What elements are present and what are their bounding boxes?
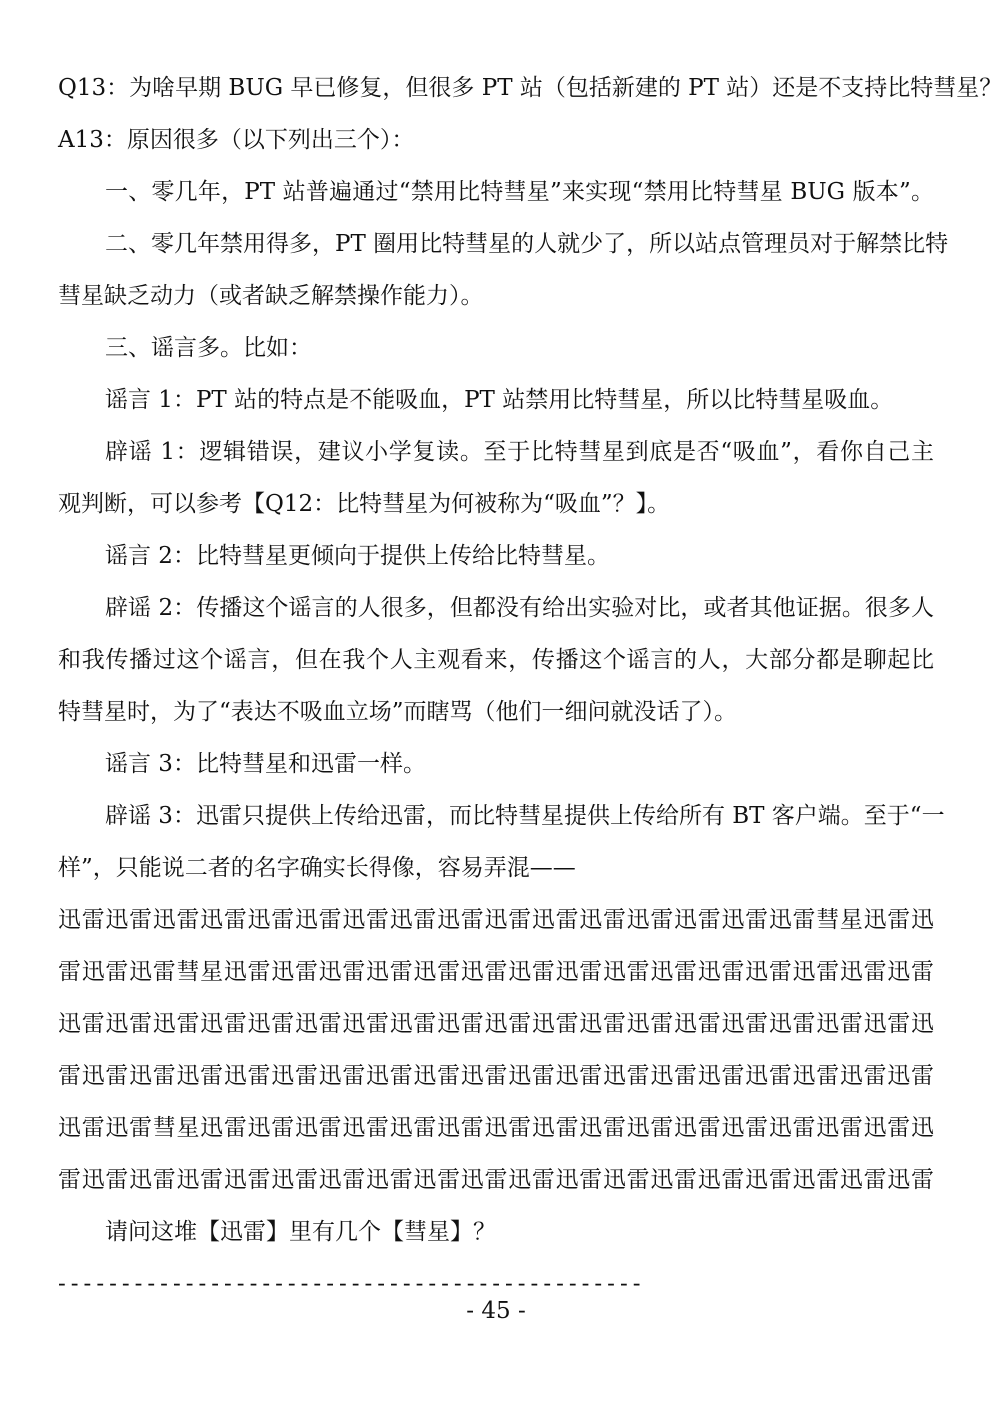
text-line: 三、谣言多。比如： <box>58 322 934 374</box>
text-line: 雷迅雷迅雷彗星迅雷迅雷迅雷迅雷迅雷迅雷迅雷迅雷迅雷迅雷迅雷迅雷迅雷迅雷迅雷 <box>58 946 934 998</box>
text-line: 二、零几年禁用得多，PT 圈用比特彗星的人就少了，所以站点管理员对于解禁比特 <box>58 218 934 270</box>
text-line: 辟谣 1：逻辑错误，建议小学复读。至于比特彗星到底是否“吸血”，看你自己主 <box>58 426 934 478</box>
text-line: 谣言 1：PT 站的特点是不能吸血，PT 站禁用比特彗星，所以比特彗星吸血。 <box>58 374 934 426</box>
text-line: 辟谣 2：传播这个谣言的人很多，但都没有给出实验对比，或者其他证据。很多人 <box>58 582 934 634</box>
document-body: Q13：为啥早期 BUG 早已修复，但很多 PT 站（包括新建的 PT 站）还是… <box>58 62 934 1258</box>
text-line: 彗星缺乏动力（或者缺乏解禁操作能力）。 <box>58 270 934 322</box>
document-page: Q13：为啥早期 BUG 早已修复，但很多 PT 站（包括新建的 PT 站）还是… <box>0 0 992 1403</box>
text-line: 谣言 2：比特彗星更倾向于提供上传给比特彗星。 <box>58 530 934 582</box>
text-line: 迅雷迅雷彗星迅雷迅雷迅雷迅雷迅雷迅雷迅雷迅雷迅雷迅雷迅雷迅雷迅雷迅雷迅雷迅 <box>58 1102 934 1154</box>
text-line: 观判断，可以参考【Q12：比特彗星为何被称为“吸血”？】。 <box>58 478 934 530</box>
text-line: 谣言 3：比特彗星和迅雷一样。 <box>58 738 934 790</box>
text-line: 迅雷迅雷迅雷迅雷迅雷迅雷迅雷迅雷迅雷迅雷迅雷迅雷迅雷迅雷迅雷迅雷迅雷迅雷迅 <box>58 998 934 1050</box>
text-line: 迅雷迅雷迅雷迅雷迅雷迅雷迅雷迅雷迅雷迅雷迅雷迅雷迅雷迅雷迅雷迅雷彗星迅雷迅 <box>58 894 934 946</box>
text-line: 特彗星时，为了“表达不吸血立场”而瞎骂（他们一细问就没话了）。 <box>58 686 934 738</box>
text-line: 辟谣 3：迅雷只提供上传给迅雷，而比特彗星提供上传给所有 BT 客户端。至于“一 <box>58 790 934 842</box>
text-line: 和我传播过这个谣言，但在我个人主观看来，传播这个谣言的人，大部分都是聊起比 <box>58 634 934 686</box>
page-number: - 45 - <box>0 1296 992 1326</box>
text-line: 请问这堆【迅雷】里有几个【彗星】？ <box>58 1206 934 1258</box>
text-line: 样”，只能说二者的名字确实长得像，容易弄混—— <box>58 842 934 894</box>
text-line: 雷迅雷迅雷迅雷迅雷迅雷迅雷迅雷迅雷迅雷迅雷迅雷迅雷迅雷迅雷迅雷迅雷迅雷迅雷 <box>58 1154 934 1206</box>
text-line: 雷迅雷迅雷迅雷迅雷迅雷迅雷迅雷迅雷迅雷迅雷迅雷迅雷迅雷迅雷迅雷迅雷迅雷迅雷 <box>58 1050 934 1102</box>
text-line: Q13：为啥早期 BUG 早已修复，但很多 PT 站（包括新建的 PT 站）还是… <box>58 62 934 114</box>
text-line: 一、零几年，PT 站普遍通过“禁用比特彗星”来实现“禁用比特彗星 BUG 版本”… <box>58 166 934 218</box>
text-line: A13：原因很多（以下列出三个）： <box>58 114 934 166</box>
